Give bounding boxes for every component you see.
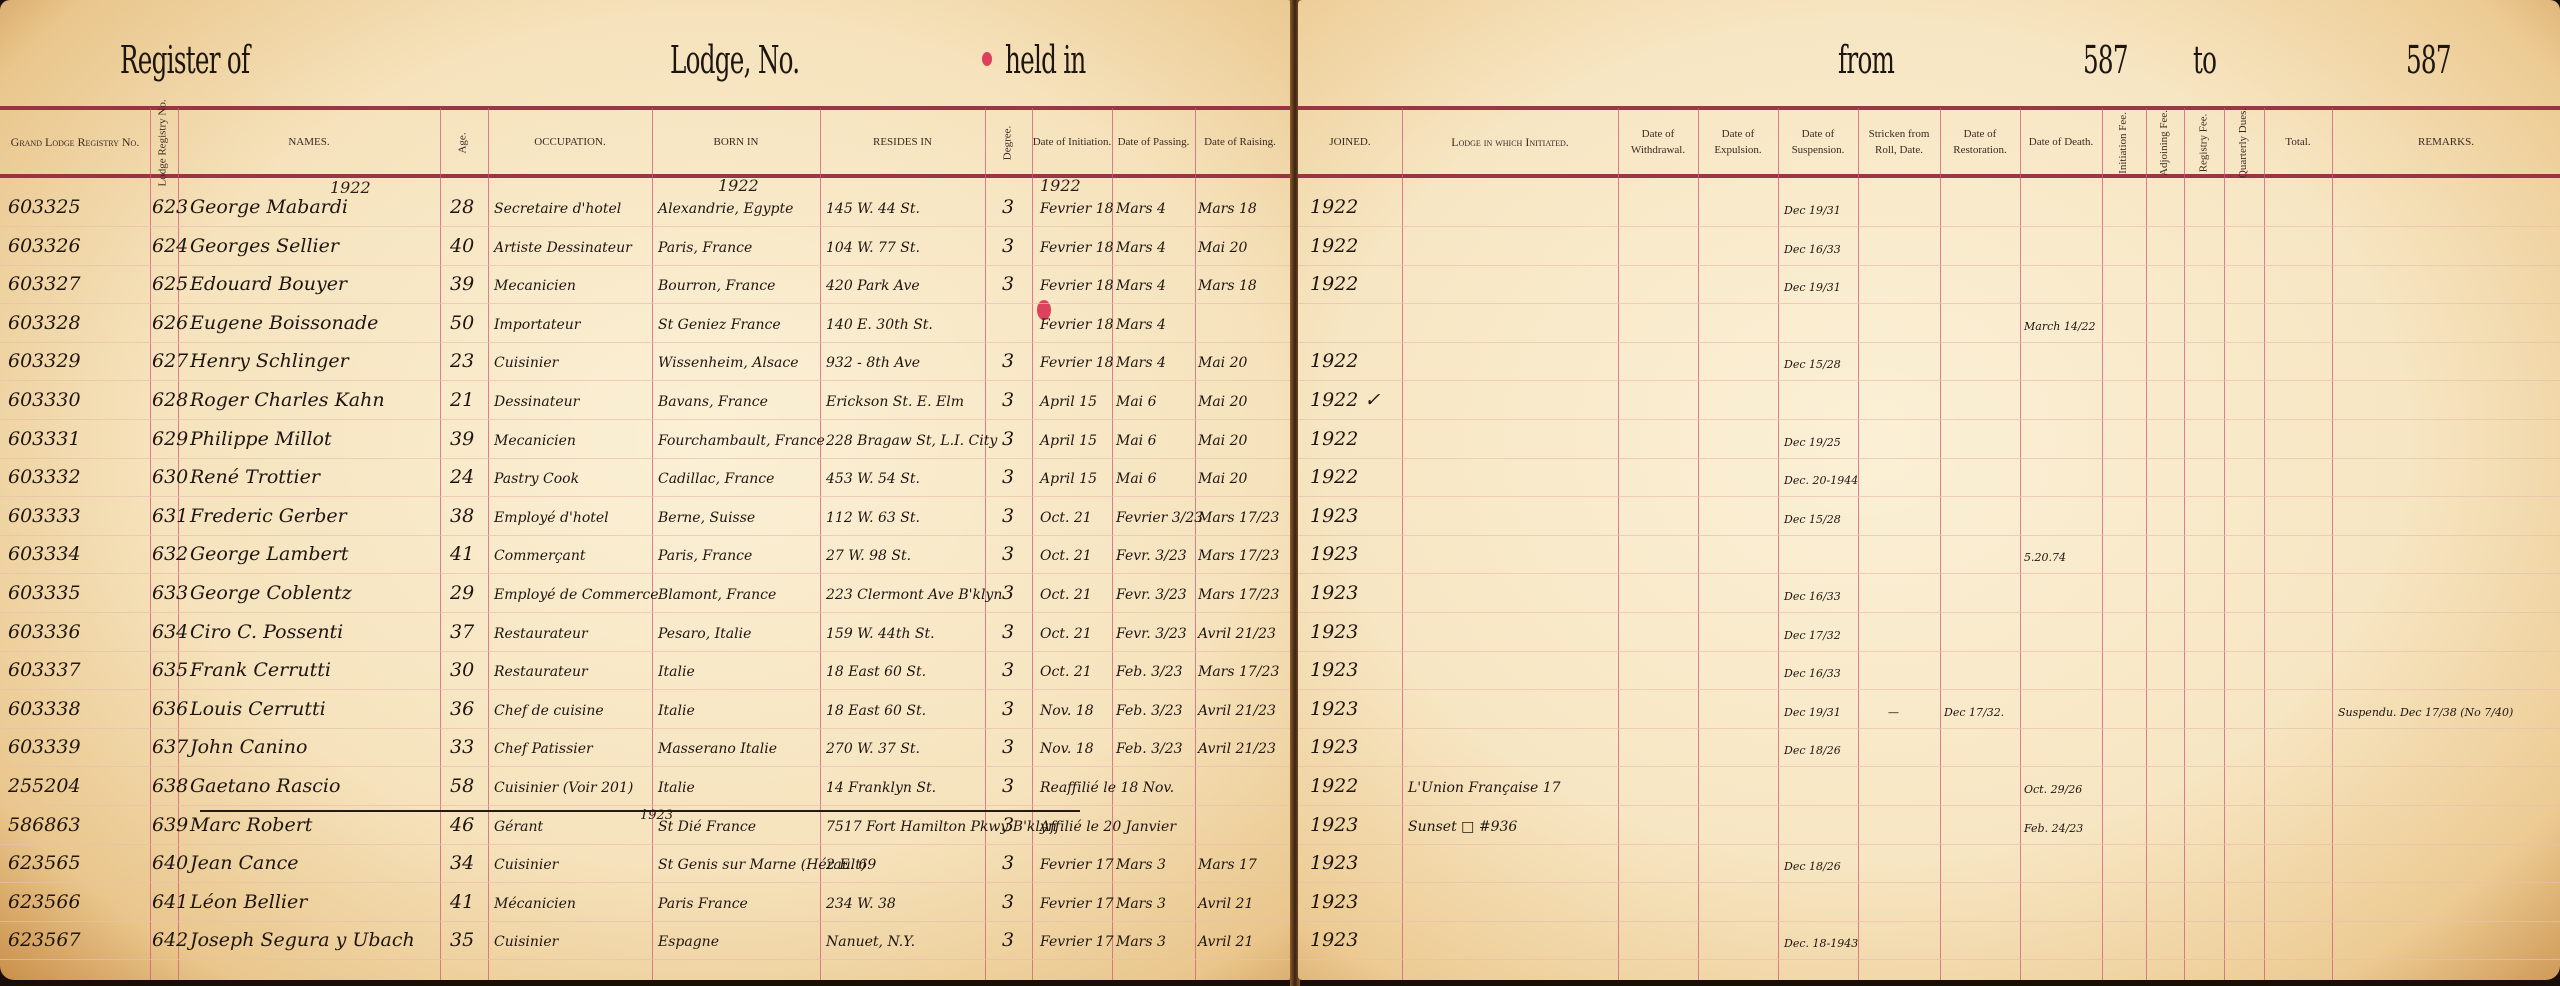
gl-registry-number: 603333 (8, 505, 81, 527)
member-name: Philippe Millot (190, 428, 332, 450)
date-initiation: Nov. 18 (1040, 703, 1094, 719)
row-guide-line (1298, 303, 2560, 304)
row-guide-line (0, 535, 1292, 536)
header-stricken: Stricken from Roll, Date. (1858, 112, 1940, 174)
joined-year: 1922 (1310, 466, 1358, 488)
date-passing: Mai 6 (1116, 433, 1157, 449)
header-top-rule (0, 106, 1292, 110)
gl-registry-number: 603338 (8, 698, 81, 720)
occupation: Gérant (494, 819, 543, 835)
row-guide-line (1298, 689, 2560, 690)
row-guide-line (0, 612, 1292, 613)
gl-registry-number: 255204 (8, 775, 81, 797)
date-raising: Avril 21 (1198, 896, 1253, 912)
header-adjoining-fee: Adjoining Fee. (2146, 112, 2184, 174)
date-raising: Mars 17/23 (1198, 587, 1279, 603)
row-guide-line (1298, 844, 2560, 845)
born-in: Alexandrie, Egypte (658, 201, 793, 217)
age: 24 (450, 466, 474, 488)
resides-in: 27 W. 98 St. (826, 548, 911, 564)
member-name: George Mabardi (190, 196, 348, 218)
age: 33 (450, 736, 474, 758)
lodge-initiated: L'Union Française 17 (1408, 780, 1561, 796)
header-date-passing: Date of Passing. (1112, 112, 1195, 174)
lodge-initiated: Sunset □ #936 (1408, 819, 1517, 835)
header-resides-in: RESIDES IN (820, 112, 985, 174)
left-title-row: Register of Lodge, No. held in (0, 30, 1292, 100)
member-name: Jean Cance (190, 852, 298, 874)
date-restoration: Dec 17/32. (1944, 706, 2004, 719)
born-in: Pesaro, Italie (658, 626, 751, 642)
date-initiation: Oct. 21 (1040, 548, 1092, 564)
degree: 3 (1002, 775, 1014, 797)
row-guide-line (0, 689, 1292, 690)
resides-in: 18 East 60 St. (826, 703, 926, 719)
row-guide-line (1298, 265, 2560, 266)
date-passing: Mai 6 (1116, 394, 1157, 410)
gl-registry-number: 586863 (8, 814, 81, 836)
occupation: Commerçant (494, 548, 586, 564)
date-suspension: Dec 18/26 (1784, 860, 1841, 873)
joined-year: 1922 (1310, 273, 1358, 295)
degree: 3 (1002, 389, 1014, 411)
row-guide-line (1298, 458, 2560, 459)
date-suspension: Dec 16/33 (1784, 590, 1841, 603)
header-registry-fee: Registry Fee. (2184, 112, 2224, 174)
gl-registry-number: 603335 (8, 582, 81, 604)
lodge-registry-number: 639 (152, 814, 188, 836)
date-passing: Mars 3 (1116, 896, 1166, 912)
resides-in: Nanuet, N.Y. (826, 934, 915, 950)
date-raising: Mars 17/23 (1198, 510, 1279, 526)
header-remarks: REMARKS. (2332, 112, 2560, 174)
date-raising: Mars 18 (1198, 278, 1257, 294)
date-raising: Avril 21/23 (1198, 741, 1276, 757)
ink-stain (982, 52, 992, 66)
row-guide-line (1298, 805, 2560, 806)
year-note-initiation: 1922 (1040, 176, 1081, 195)
born-in: St Geniez France (658, 317, 781, 333)
lodge-registry-number: 629 (152, 428, 188, 450)
degree: 3 (1002, 582, 1014, 604)
date-raising: Avril 21 (1198, 934, 1253, 950)
degree: 3 (1002, 929, 1014, 951)
date-initiation: April 15 (1040, 471, 1097, 487)
occupation: Importateur (494, 317, 580, 333)
occupation: Dessinateur (494, 394, 579, 410)
date-death: March 14/22 (2024, 320, 2096, 333)
born-in: Espagne (658, 934, 719, 950)
date-death: 5.20.74 (2024, 551, 2066, 564)
lodge-registry-number: 642 (152, 929, 188, 951)
date-death: Feb. 24/23 (2024, 822, 2083, 835)
gl-registry-number: 603330 (8, 389, 81, 411)
date-passing: Mai 6 (1116, 471, 1157, 487)
date-initiation: Reaffilié le 18 Nov. (1040, 780, 1174, 796)
row-guide-line (0, 573, 1292, 574)
member-name: Ciro C. Possenti (190, 621, 343, 643)
occupation: Restaurateur (494, 626, 588, 642)
occupation: Employé d'hotel (494, 510, 609, 526)
age: 36 (450, 698, 474, 720)
gl-registry-number: 603339 (8, 736, 81, 758)
header-joined: JOINED. (1298, 112, 1402, 174)
date-initiation: Nov. 18 (1040, 741, 1094, 757)
date-initiation: Oct. 21 (1040, 626, 1092, 642)
row-guide-line (1298, 419, 2560, 420)
degree: 3 (1002, 273, 1014, 295)
gl-registry-number: 603336 (8, 621, 81, 643)
header-restoration: Date of Restoration. (1940, 112, 2020, 174)
lodge-registry-number: 634 (152, 621, 188, 643)
row-guide-line (0, 303, 1292, 304)
lodge-registry-number: 641 (152, 891, 188, 913)
lodge-registry-number: 627 (152, 350, 188, 372)
date-initiation: Fevrier 17 (1040, 857, 1114, 873)
member-name: George Lambert (190, 543, 348, 565)
joined-year: 1923 (1310, 659, 1358, 681)
date-suspension: Dec 15/28 (1784, 513, 1841, 526)
born-in: Italie (658, 703, 695, 719)
age: 29 (450, 582, 474, 604)
member-name: Georges Sellier (190, 235, 339, 257)
date-passing: Feb. 3/23 (1116, 664, 1183, 680)
header-bottom-rule (1298, 174, 2560, 178)
degree: 3 (1002, 852, 1014, 874)
joined-year: 1922 (1310, 350, 1358, 372)
degree: 3 (1002, 466, 1014, 488)
gl-registry-number: 603327 (8, 273, 81, 295)
joined-year: 1923 (1310, 621, 1358, 643)
born-in: Italie (658, 780, 695, 796)
date-initiation: Oct. 21 (1040, 510, 1092, 526)
age: 58 (450, 775, 474, 797)
date-passing: Mars 4 (1116, 240, 1166, 256)
row-guide-line (1298, 226, 2560, 227)
member-name: Joseph Segura y Ubach (190, 929, 415, 951)
date-suspension: Dec. 18-1943 (1784, 937, 1858, 950)
occupation: Cuisinier (494, 355, 558, 371)
date-initiation: April 15 (1040, 433, 1097, 449)
born-in: Berne, Suisse (658, 510, 755, 526)
title-from-value: 587 (2083, 38, 2128, 82)
date-initiation: April 15 (1040, 394, 1097, 410)
header-total: Total. (2264, 112, 2332, 174)
date-raising: Mai 20 (1198, 433, 1247, 449)
row-guide-line (1298, 612, 2560, 613)
date-suspension: Dec 19/31 (1784, 204, 1841, 217)
date-suspension: Dec 18/26 (1784, 744, 1841, 757)
title-held-in: held in (1005, 38, 1086, 82)
lodge-registry-number: 626 (152, 312, 188, 334)
born-in: Italie (658, 664, 695, 680)
date-raising: Mars 17 (1198, 857, 1257, 873)
lodge-registry-number: 624 (152, 235, 188, 257)
stricken-date: — (1888, 706, 1899, 719)
date-passing: Fevr. 3/23 (1116, 626, 1187, 642)
born-in: Bavans, France (658, 394, 768, 410)
joined-year: 1922 (1310, 775, 1358, 797)
row-guide-line (0, 226, 1292, 227)
date-initiation: Fevrier 18 (1040, 240, 1114, 256)
date-initiation: Fevrier 18 (1040, 355, 1114, 371)
occupation: Chef de cuisine (494, 703, 604, 719)
occupation: Artiste Dessinateur (494, 240, 632, 256)
degree: 3 (1002, 428, 1014, 450)
gl-registry-number: 623565 (8, 852, 81, 874)
date-initiation: Fevrier 17 (1040, 934, 1114, 950)
gl-registry-number: 603332 (8, 466, 81, 488)
age: 50 (450, 312, 474, 334)
header-top-rule (1298, 106, 2560, 110)
resides-in: 104 W. 77 St. (826, 240, 920, 256)
date-raising: Avril 21/23 (1198, 626, 1276, 642)
born-in: Masserano Italie (658, 741, 777, 757)
year-note-names: 1922 (330, 178, 371, 197)
born-in: Bourron, France (658, 278, 775, 294)
age: 40 (450, 235, 474, 257)
joined-year: 1923 (1310, 852, 1358, 874)
joined-year: 1922 (1310, 428, 1358, 450)
resides-in: 270 W. 37 St. (826, 741, 920, 757)
row-guide-line (1298, 921, 2560, 922)
lodge-registry-number: 637 (152, 736, 188, 758)
date-suspension: Dec 19/31 (1784, 281, 1841, 294)
row-guide-line (0, 959, 1292, 960)
resides-in: 18 East 60 St. (826, 664, 926, 680)
header-lodge-initiated: Lodge in which Initiated. (1402, 112, 1618, 174)
row-guide-line (1298, 882, 2560, 883)
member-name: Eugene Boissonade (190, 312, 378, 334)
occupation: Cuisinier (Voir 201) (494, 780, 633, 796)
degree: 3 (1002, 350, 1014, 372)
title-from: from (1838, 38, 1894, 82)
resides-in: 932 - 8th Ave (826, 355, 920, 371)
lodge-registry-number: 638 (152, 775, 188, 797)
date-suspension: Dec. 20-1944 (1784, 474, 1858, 487)
occupation: Chef Patissier (494, 741, 593, 757)
member-name: Roger Charles Kahn (190, 389, 385, 411)
header-withdrawal: Date of Withdrawal. (1618, 112, 1698, 174)
age: 41 (450, 543, 474, 565)
occupation: Cuisinier (494, 934, 558, 950)
born-in: Paris, France (658, 548, 752, 564)
row-guide-line (0, 728, 1292, 729)
joined-year: 1923 (1310, 891, 1358, 913)
resides-in: 420 Park Ave (826, 278, 920, 294)
member-name: George Coblentz (190, 582, 352, 604)
born-in: St Dié France (658, 819, 756, 835)
header-quarterly-dues: Quarterly Dues. (2224, 112, 2264, 174)
date-passing: Fevrier 3/23 (1116, 510, 1203, 526)
row-guide-line (0, 805, 1292, 806)
date-raising: Mars 17/23 (1198, 548, 1279, 564)
occupation: Cuisinier (494, 857, 558, 873)
date-suspension: Dec 15/28 (1784, 358, 1841, 371)
date-passing: Mars 4 (1116, 355, 1166, 371)
date-raising: Mai 20 (1198, 355, 1247, 371)
degree: 3 (1002, 235, 1014, 257)
row-guide-line (0, 496, 1292, 497)
header-lodge-registry: Lodge Registry No. (150, 112, 178, 174)
joined-year: 1923 (1310, 814, 1358, 836)
occupation: Pastry Cook (494, 471, 579, 487)
resides-in: 228 Bragaw St, L.I. City (826, 433, 997, 449)
date-initiation: Fevrier 18 (1040, 278, 1114, 294)
degree: 3 (1002, 505, 1014, 527)
date-raising: Mars 18 (1198, 201, 1257, 217)
right-title-row: from 587 to 587 (1298, 30, 2560, 100)
age: 37 (450, 621, 474, 643)
date-raising: Mai 20 (1198, 394, 1247, 410)
remarks: Suspendu. Dec 17/38 (No 7/40) (2338, 706, 2513, 719)
resides-in: 140 E. 30th St. (826, 317, 933, 333)
date-initiation: Fevrier 18 (1040, 317, 1114, 333)
row-guide-line (0, 882, 1292, 883)
degree: 3 (1002, 196, 1014, 218)
resides-in: 453 W. 54 St. (826, 471, 920, 487)
born-in: Paris, France (658, 240, 752, 256)
date-raising: Mai 20 (1198, 240, 1247, 256)
resides-in: 223 Clermont Ave B'klyn (826, 587, 1002, 603)
degree: 3 (1002, 543, 1014, 565)
lodge-registry-number: 630 (152, 466, 188, 488)
joined-year: 1923 (1310, 505, 1358, 527)
date-passing: Feb. 3/23 (1116, 741, 1183, 757)
gl-registry-number: 603331 (8, 428, 81, 450)
lodge-registry-number: 625 (152, 273, 188, 295)
degree: 3 (1002, 698, 1014, 720)
born-in: Blamont, France (658, 587, 776, 603)
row-guide-line (1298, 651, 2560, 652)
joined-year: 1923 (1310, 543, 1358, 565)
gl-registry-number: 603337 (8, 659, 81, 681)
date-initiation: Affilié le 20 Janvier (1040, 819, 1176, 835)
resides-in: 234 W. 38 (826, 896, 896, 912)
header-grand-lodge-registry: Grand Lodge Registry No. (0, 112, 150, 174)
header-occupation: OCCUPATION. (488, 112, 652, 174)
row-guide-line (1298, 535, 2560, 536)
date-initiation: Oct. 21 (1040, 587, 1092, 603)
resides-in: 112 W. 63 St. (826, 510, 920, 526)
resides-in: 7517 Fort Hamilton Pkwy B'klyn (826, 819, 1057, 835)
age: 28 (450, 196, 474, 218)
row-guide-line (1298, 496, 2560, 497)
row-guide-line (0, 265, 1292, 266)
header-names: NAMES. (178, 112, 440, 174)
gl-registry-number: 603334 (8, 543, 81, 565)
lodge-registry-number: 623 (152, 196, 188, 218)
gl-registry-number: 603328 (8, 312, 81, 334)
lodge-registry-number: 632 (152, 543, 188, 565)
date-raising: Mai 20 (1198, 471, 1247, 487)
joined-year: 1923 (1310, 929, 1358, 951)
age: 35 (450, 929, 474, 951)
date-passing: Mars 4 (1116, 201, 1166, 217)
age: 38 (450, 505, 474, 527)
ledger-left-page: Register of Lodge, No. held in Grand Lod… (0, 0, 1292, 980)
entry-divider-rule (200, 810, 1080, 812)
title-lodge-no: Lodge, No. (670, 38, 799, 82)
resides-in: 159 W. 44th St. (826, 626, 935, 642)
date-suspension: Dec 16/33 (1784, 243, 1841, 256)
header-initiation-fee: Initiation Fee. (2102, 112, 2146, 174)
member-name: Louis Cerrutti (190, 698, 326, 720)
born-in: Wissenheim, Alsace (658, 355, 799, 371)
date-suspension: Dec 16/33 (1784, 667, 1841, 680)
date-passing: Fevr. 3/23 (1116, 548, 1187, 564)
date-suspension: Dec 19/25 (1784, 436, 1841, 449)
age: 46 (450, 814, 474, 836)
occupation: Mecanicien (494, 433, 576, 449)
date-passing: Fevr. 3/23 (1116, 587, 1187, 603)
row-guide-line (0, 380, 1292, 381)
joined-year: 1923 (1310, 582, 1358, 604)
date-passing: Mars 4 (1116, 278, 1166, 294)
member-name: Edouard Bouyer (190, 273, 347, 295)
degree: 3 (1002, 891, 1014, 913)
title-to: to (2193, 38, 2216, 82)
occupation: Secretaire d'hotel (494, 201, 621, 217)
degree: 3 (1002, 659, 1014, 681)
age: 39 (450, 273, 474, 295)
date-initiation: Fevrier 18 (1040, 201, 1114, 217)
occupation: Mécanicien (494, 896, 576, 912)
gl-registry-number: 603326 (8, 235, 81, 257)
resides-in: 2 E. 69 (826, 857, 876, 873)
row-guide-line (1298, 342, 2560, 343)
row-guide-line (1298, 573, 2560, 574)
lodge-registry-number: 635 (152, 659, 188, 681)
resides-in: Erickson St. E. Elm (826, 394, 964, 410)
date-suspension: Dec 19/31 (1784, 706, 1841, 719)
row-guide-line (0, 342, 1292, 343)
joined-year: 1922 (1310, 235, 1358, 257)
date-passing: Mars 4 (1116, 317, 1166, 333)
date-raising: Avril 21/23 (1198, 703, 1276, 719)
age: 39 (450, 428, 474, 450)
row-guide-line (0, 766, 1292, 767)
date-raising: Mars 17/23 (1198, 664, 1279, 680)
born-in: Paris France (658, 896, 748, 912)
member-name: Léon Bellier (190, 891, 307, 913)
lodge-registry-number: 640 (152, 852, 188, 874)
occupation: Employé de Commerce (494, 587, 659, 603)
header-age: Age. (440, 112, 488, 174)
header-bottom-rule (0, 174, 1292, 178)
year-note-born-in: 1922 (718, 176, 759, 195)
header-degree: Degree. (985, 112, 1032, 174)
row-guide-line (0, 921, 1292, 922)
lodge-registry-number: 636 (152, 698, 188, 720)
gl-registry-number: 623567 (8, 929, 81, 951)
row-guide-line (1298, 728, 2560, 729)
date-death: Oct. 29/26 (2024, 783, 2082, 796)
row-guide-line (0, 651, 1292, 652)
title-register-of: Register of (120, 38, 249, 82)
row-guide-line (1298, 959, 2560, 960)
member-name: Marc Robert (190, 814, 312, 836)
joined-year: 1923 (1310, 736, 1358, 758)
date-passing: Mars 3 (1116, 857, 1166, 873)
row-guide-line (0, 458, 1292, 459)
date-passing: Mars 3 (1116, 934, 1166, 950)
header-expulsion: Date of Expulsion. (1698, 112, 1778, 174)
age: 41 (450, 891, 474, 913)
gl-registry-number: 603325 (8, 196, 81, 218)
date-passing: Feb. 3/23 (1116, 703, 1183, 719)
member-name: Henry Schlinger (190, 350, 349, 372)
